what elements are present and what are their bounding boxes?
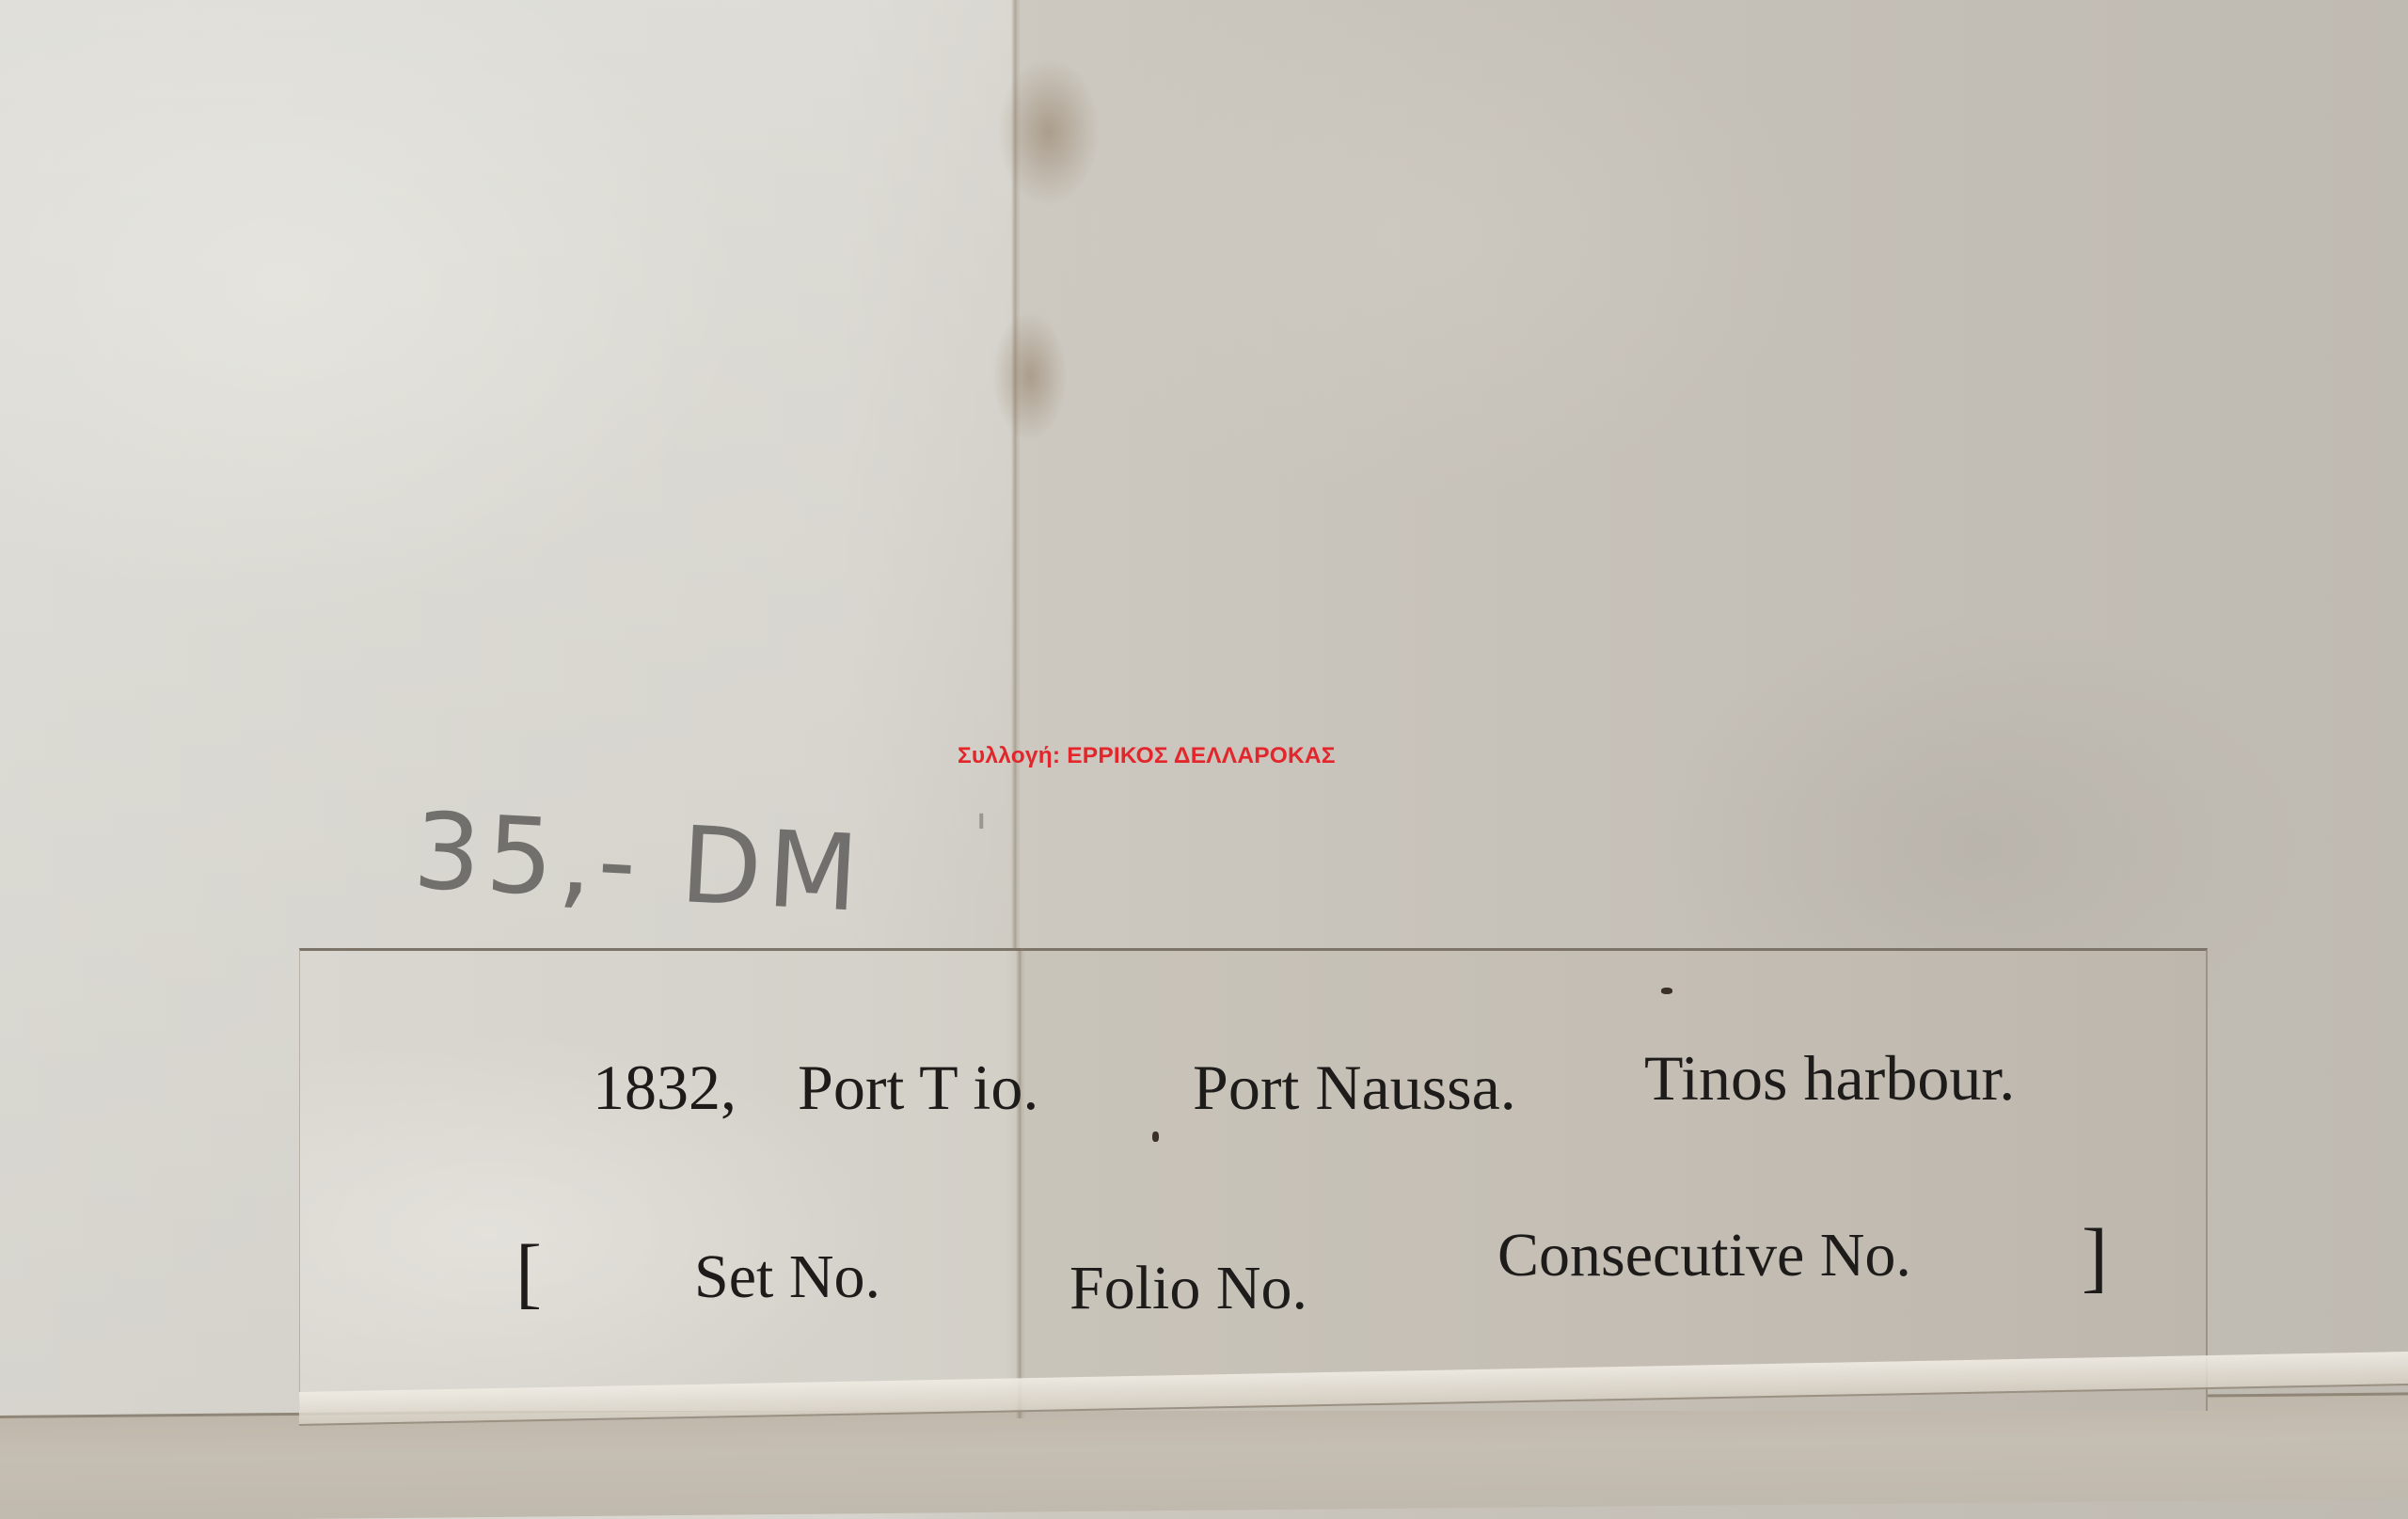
pencil-mark: ˈ bbox=[974, 804, 990, 870]
label-close-bracket: ] bbox=[2082, 1218, 2108, 1297]
collection-watermark: Συλλογή: ΕΡΡΙΚΟΣ ΔΕΛΛΑΡΟΚΑΣ bbox=[958, 741, 1404, 771]
label-title-tinos-harbour: Tinos harbour. bbox=[1644, 1046, 2015, 1110]
label-title-port-naussa: Port Naussa. bbox=[1193, 1055, 1516, 1119]
label-consecutive-no: Consecutive No. bbox=[1497, 1225, 1911, 1287]
ink-speck bbox=[1661, 988, 1672, 994]
ink-speck bbox=[1152, 1131, 1159, 1142]
fold-stain bbox=[992, 310, 1068, 442]
label-fold-line bbox=[1016, 948, 1025, 1418]
label-year: 1832, bbox=[593, 1055, 737, 1119]
pencil-price-note: 35,- DM bbox=[410, 785, 867, 941]
fold-stain bbox=[997, 56, 1101, 207]
label-set-no: Set No. bbox=[694, 1246, 880, 1308]
label-title-port-trio: Port T io. bbox=[798, 1055, 1038, 1119]
catalogue-label bbox=[299, 948, 2208, 1411]
label-folio-no: Folio No. bbox=[1069, 1258, 1307, 1320]
label-open-bracket: [ bbox=[515, 1234, 542, 1313]
